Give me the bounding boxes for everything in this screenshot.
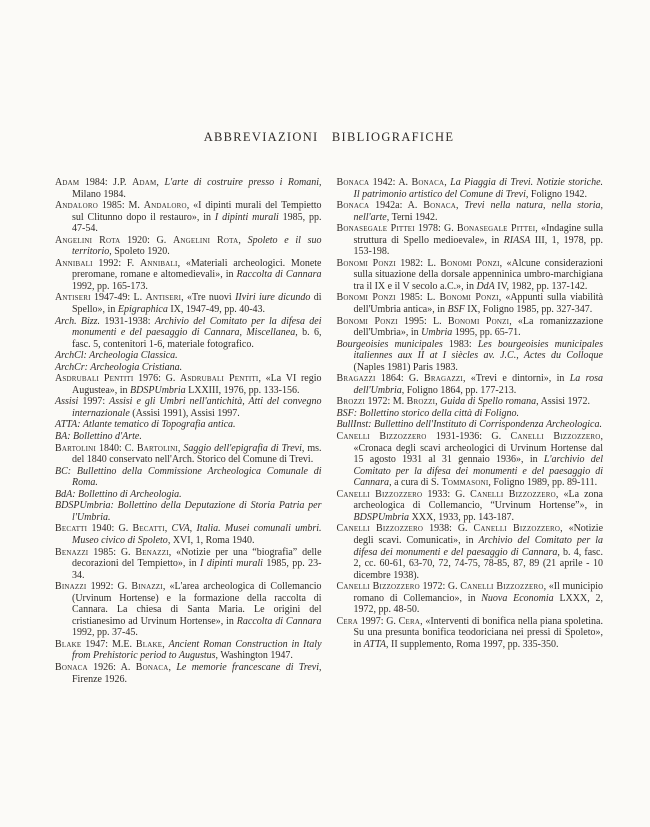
bib-entry-segment: 1947: M.E.	[81, 639, 136, 650]
bib-entry-segment: 1840: C.	[96, 443, 137, 454]
bib-entry-segment: Canelli Bizzozzero	[473, 523, 560, 534]
bib-entry-segment: Bonomi Ponzi	[337, 316, 398, 327]
bib-entry-segment: , II supplemento, Roma 1997, pp. 335-350…	[386, 639, 558, 650]
bib-entry-segment: IV, 1982, pp. 137-142.	[495, 281, 588, 292]
bib-entry-segment: , Washington 1947.	[216, 650, 293, 661]
bib-entry-segment: 1947-49: L.	[91, 292, 146, 303]
bibliography-right-column: Bonaca 1942: A. Bonaca, La Piaggia di Tr…	[337, 177, 604, 685]
bib-entry: Canelli Bizzozzero 1972: G. Canelli Bizz…	[337, 581, 604, 616]
bib-entry-segment: ,	[238, 235, 247, 246]
bib-entry-segment: Benazzi	[135, 547, 168, 558]
bib-entry: Bonomi Ponzi 1985: L. Bonomi Ponzi, «App…	[337, 292, 604, 315]
bib-entry-segment: Bonomi Ponzi	[448, 316, 509, 327]
bib-entry-segment: BSF: Bollettino storico della città di F…	[337, 408, 519, 419]
bib-entry: ArchCr: Archeologia Cristiana.	[55, 362, 322, 374]
bib-entry-segment: Guida di Spello romana	[440, 396, 536, 407]
bib-entry-segment: Bonomi Ponzi	[337, 258, 396, 269]
bib-entry-segment: 1931-1936: G.	[427, 431, 511, 442]
bib-entry-segment: Antiseri	[146, 292, 182, 303]
bib-entry-segment: Antiseri	[55, 292, 91, 303]
bib-entry-segment: BDSPUmbria: Bollettino della Deputazione…	[55, 500, 322, 523]
bib-entry-segment: Bonaca	[337, 200, 370, 211]
bib-entry-segment: Canelli Bizzozzero	[337, 523, 424, 534]
bib-entry: Bonaca 1926: A. Bonaca, Le memorie franc…	[55, 662, 322, 685]
bib-entry: Annibali 1992: F. Annibali, «Materiali a…	[55, 258, 322, 293]
bib-entry-segment: ATTA	[364, 639, 386, 650]
bib-entry-segment: Becatti	[133, 523, 165, 534]
bib-entry: Becatti 1940: G. Becatti, CVA, Italia. M…	[55, 523, 322, 546]
bib-entry-segment: 1995: L.	[398, 316, 448, 327]
bib-entry-segment: Bonaca	[423, 200, 456, 211]
bib-entry-segment: Arch. Bizz.	[55, 316, 100, 327]
bib-entry-segment: Raccolta di Cannara	[237, 616, 322, 627]
bib-entry-segment: 1992, pp. 165-173.	[72, 281, 148, 292]
bib-entry-segment: Blake	[55, 639, 81, 650]
bib-entry-segment: 1992, pp. 37-45.	[72, 627, 138, 638]
bib-entry: BdA: Bollettino di Archeologia.	[55, 489, 322, 501]
bib-entry: Blake 1947: M.E. Blake, Ancient Roman Co…	[55, 639, 322, 662]
bib-entry-segment: , «Trevi e dintorni», in	[463, 373, 570, 384]
bib-entry-segment: I dipinti murali	[200, 558, 263, 569]
bib-entry-segment: BullInst: Bullettino dell'Instituto di C…	[337, 419, 602, 430]
bib-entry-segment: Brozzi	[337, 396, 365, 407]
bib-entry-segment: Canelli Bizzozzero	[337, 431, 427, 442]
bib-entry-segment: IX, Foligno 1985, pp. 327-347.	[465, 304, 593, 315]
bib-entry-segment: Raccolta di Cannara	[237, 269, 322, 280]
bib-entry: BA: Bollettino d'Arte.	[55, 431, 322, 443]
bib-entry: Bonaca 1942a: A. Bonaca, Trevi nella nat…	[337, 200, 604, 223]
bib-entry-segment: 1978: G.	[415, 223, 457, 234]
bib-entry-segment: XXX, 1933, pp. 143-187.	[409, 512, 514, 523]
bib-entry-segment: BSF	[448, 304, 465, 315]
bib-entry-segment: 1933: G.	[422, 489, 470, 500]
bib-entry-segment: Bonaca	[411, 177, 444, 188]
bib-entry-segment: Bonomi Ponzi	[337, 292, 396, 303]
bib-entry-segment: Brozzi	[407, 396, 435, 407]
bibliography-columns: Adam 1984: J.P. Adam, L'arte di costruir…	[55, 177, 603, 685]
bib-entry-segment: Le memorie francescane di Trevi	[176, 662, 319, 673]
bib-entry-segment: IX, 1947-49, pp. 40-43.	[168, 304, 265, 315]
bib-entry-segment: (Naples 1981) Paris 1983.	[354, 362, 458, 373]
bib-entry-segment: IIviri iure dicundo	[235, 292, 310, 303]
bib-entry: Benazzi 1985: G. Benazzi, «Notizie per u…	[55, 547, 322, 582]
bib-entry: ATTA: Atlante tematico di Topografia ant…	[55, 419, 322, 431]
bib-entry-segment: , XVI, 1, Roma 1940.	[168, 535, 255, 546]
bib-entry-segment: 1931-1938:	[100, 316, 155, 327]
page-title: ABBREVIAZIONI BIBLIOGRAFICHE	[55, 130, 603, 145]
bib-entry-segment: ArchCr: Archeologia Cristiana.	[55, 362, 182, 373]
bib-entry: Cera 1997: G. Cera, «Interventi di bonif…	[337, 616, 604, 651]
bib-entry-segment: Nuova Economia	[481, 593, 553, 604]
bib-entry: Bonomi Ponzi 1995: L. Bonomi Ponzi, «La …	[337, 316, 604, 339]
bib-entry-segment: Bonaca	[55, 662, 88, 673]
bib-entry-segment: 1985: G.	[88, 547, 135, 558]
bib-entry-segment: Cera	[399, 616, 420, 627]
bib-entry-segment: Angelini Rota	[55, 235, 120, 246]
bib-entry-segment: 1920: G.	[120, 235, 173, 246]
bib-entry-segment: Binazzi	[55, 581, 86, 592]
bib-entry-segment: 1997: G.	[358, 616, 399, 627]
bib-entry-segment: , a cura di S.	[389, 477, 442, 488]
bib-entry-segment: Umbria	[421, 327, 452, 338]
bib-entry-segment: Becatti	[55, 523, 87, 534]
bib-entry: BC: Bullettino della Commissione Archeol…	[55, 466, 322, 489]
bib-entry-segment: Blake	[136, 639, 162, 650]
bib-entry-segment: , Foligno 1989, pp. 89-111.	[488, 477, 597, 488]
bib-entry-segment: BC: Bullettino della Commissione Archeol…	[55, 466, 322, 489]
bib-entry-segment: Bragazzi	[424, 373, 463, 384]
bib-entry-segment: 1982: L.	[396, 258, 440, 269]
bib-entry: Bartolini 1840: C. Bartolini, Saggio del…	[55, 443, 322, 466]
bib-entry-segment: BA: Bollettino d'Arte.	[55, 431, 142, 442]
bib-entry-segment: Canelli Bizzozzero	[337, 489, 423, 500]
bib-entry-segment: Cera	[337, 616, 358, 627]
bib-entry-segment: Benazzi	[55, 547, 88, 558]
bib-entry: Binazzi 1992: G. Binazzi, «L'area archeo…	[55, 581, 322, 639]
bib-entry-segment: Bonaca	[337, 177, 370, 188]
bib-entry-segment: BdA: Bollettino di Archeologia.	[55, 489, 182, 500]
bib-entry-segment: 1985: L.	[396, 292, 440, 303]
bib-entry-segment: , Foligno 1942.	[526, 189, 587, 200]
bib-entry-segment: Canelli Bizzozzero	[470, 489, 556, 500]
bib-entry-segment: Bonaca	[136, 662, 169, 673]
bib-entry-segment: 1926: A.	[88, 662, 136, 673]
bib-entry-segment: LXXIII, 1976, pp. 133-156.	[186, 385, 300, 396]
bib-entry-segment: Bonomi Ponzi	[440, 258, 499, 269]
bib-entry-segment: Asdrubali Pentiti	[55, 373, 133, 384]
bib-entry-segment: Adam	[132, 177, 156, 188]
bib-entry: Arch. Bizz. 1931-1938: Archivio del Comi…	[55, 316, 322, 351]
bib-entry-segment: Adam	[55, 177, 79, 188]
bib-entry-segment: Bonomi Ponzi	[439, 292, 498, 303]
bib-entry: Assisi 1997: Assisi e gli Umbri nell'ant…	[55, 396, 322, 419]
bib-entry-segment: 1864: G.	[376, 373, 424, 384]
bib-entry-segment: 1976: G.	[133, 373, 180, 384]
bib-entry: Antiseri 1947-49: L. Antiseri, «Tre nuov…	[55, 292, 322, 315]
bib-entry-segment: 1992: G.	[86, 581, 131, 592]
bib-entry: Adam 1984: J.P. Adam, L'arte di costruir…	[55, 177, 322, 200]
bib-entry-segment: ATTA: Atlante tematico di Topografia ant…	[55, 419, 236, 430]
bib-entry-segment: Andaloro	[55, 200, 98, 211]
bib-entry: Asdrubali Pentiti 1976: G. Asdrubali Pen…	[55, 373, 322, 396]
bib-entry-segment: 1992: F.	[93, 258, 140, 269]
bib-entry-segment: Assisi	[55, 396, 78, 407]
bib-entry: Brozzi 1972: M. Brozzi, Guida di Spello …	[337, 396, 604, 408]
bib-entry-segment: 1983:	[443, 339, 478, 350]
bib-entry: Bragazzi 1864: G. Bragazzi, «Trevi e din…	[337, 373, 604, 396]
bib-entry-segment: BDSPUmbria	[354, 512, 410, 523]
bib-entry-segment: Bonasegale Pittei	[337, 223, 415, 234]
bib-entry-segment: Bourgeoisies municipales	[337, 339, 443, 350]
bib-entry-segment: Epigraphica	[118, 304, 168, 315]
bib-entry-segment: Bartolini	[55, 443, 96, 454]
bib-entry-segment: Annibali	[55, 258, 93, 269]
bib-entry-segment: BDSPUmbria	[130, 385, 186, 396]
bib-entry-segment: Binazzi	[131, 581, 162, 592]
bib-entry-segment: , Terni 1942.	[387, 212, 438, 223]
bib-entry: BSF: Bollettino storico della città di F…	[337, 408, 604, 420]
bib-entry-segment: Canelli Bizzozzero	[337, 581, 420, 592]
bib-entry-segment: 1995, pp. 65-71.	[452, 327, 520, 338]
bib-entry: Bonaca 1942: A. Bonaca, La Piaggia di Tr…	[337, 177, 604, 200]
bib-entry-segment: Annibali	[140, 258, 178, 269]
bib-entry-segment: Bonasegale Pittei	[457, 223, 535, 234]
bib-entry-segment: ,	[165, 523, 172, 534]
bib-entry-segment: 1940: G.	[87, 523, 132, 534]
bib-entry-segment: DdA	[476, 281, 494, 292]
bib-entry: Bonasegale Pittei 1978: G. Bonasegale Pi…	[337, 223, 604, 258]
bib-entry-segment: Angelini Rota	[173, 235, 238, 246]
bib-entry: Bourgeoisies municipales 1983: Les bourg…	[337, 339, 604, 374]
bib-entry-segment: Bartolini	[137, 443, 178, 454]
bib-entry: Canelli Bizzozzero 1933: G. Canelli Bizz…	[337, 489, 604, 524]
bib-entry-segment: , «Tre nuovi	[181, 292, 235, 303]
bib-entry-segment: 1984: J.P.	[79, 177, 132, 188]
bib-entry-segment: I dipinti murali	[215, 212, 279, 223]
bib-entry-segment: , Assisi 1972.	[536, 396, 590, 407]
bib-entry-segment: 1938: G.	[423, 523, 473, 534]
bib-entry: Andaloro 1985: M. Andaloro, «I dipinti m…	[55, 200, 322, 235]
bib-entry-segment: Bragazzi	[337, 373, 376, 384]
bib-entry: ArchCl: Archeologia Classica.	[55, 350, 322, 362]
bib-entry: Bonomi Ponzi 1982: L. Bonomi Ponzi, «Alc…	[337, 258, 604, 293]
bib-entry-segment: 1942a: A.	[369, 200, 423, 211]
bib-entry-segment: 1972: G.	[420, 581, 460, 592]
bib-entry-segment: 1997:	[78, 396, 109, 407]
bib-entry-segment: L'arte di costruire presso i Romani	[164, 177, 319, 188]
bib-entry-segment: 1972: M.	[365, 396, 407, 407]
bib-entry-segment: Asdrubali Pentiti	[180, 373, 258, 384]
bib-entry-segment: Tommasoni	[442, 477, 489, 488]
document-page: ABBREVIAZIONI BIBLIOGRAFICHE Adam 1984: …	[0, 0, 650, 827]
bib-entry-segment: , Foligno 1864, pp. 177-213.	[402, 385, 516, 396]
bib-entry-segment: Canelli Bizzozzero	[460, 581, 543, 592]
bib-entry-segment: Canelli Bizzozzero	[510, 431, 600, 442]
bib-entry-segment: RIASA	[504, 235, 531, 246]
bib-entry-segment: ArchCl: Archeologia Classica.	[55, 350, 178, 361]
bib-entry-segment: 1942: A.	[369, 177, 411, 188]
bib-entry-segment: , Spoleto 1920.	[109, 246, 170, 257]
bibliography-left-column: Adam 1984: J.P. Adam, L'arte di costruir…	[55, 177, 322, 685]
bib-entry-segment: Andaloro	[144, 200, 187, 211]
bib-entry-segment: 1985: M.	[98, 200, 144, 211]
bib-entry-segment: (Assisi 1991), Assisi 1997.	[130, 408, 240, 419]
bib-entry: Angelini Rota 1920: G. Angelini Rota, Sp…	[55, 235, 322, 258]
bib-entry-segment: Saggio dell'epigrafia di Trevi	[183, 443, 302, 454]
bib-entry: Canelli Bizzozzero 1938: G. Canelli Bizz…	[337, 523, 604, 581]
bib-entry: BDSPUmbria: Bollettino della Deputazione…	[55, 500, 322, 523]
bib-entry: BullInst: Bullettino dell'Instituto di C…	[337, 419, 604, 431]
bib-entry: Canelli Bizzozzero 1931-1936: G. Canelli…	[337, 431, 604, 489]
